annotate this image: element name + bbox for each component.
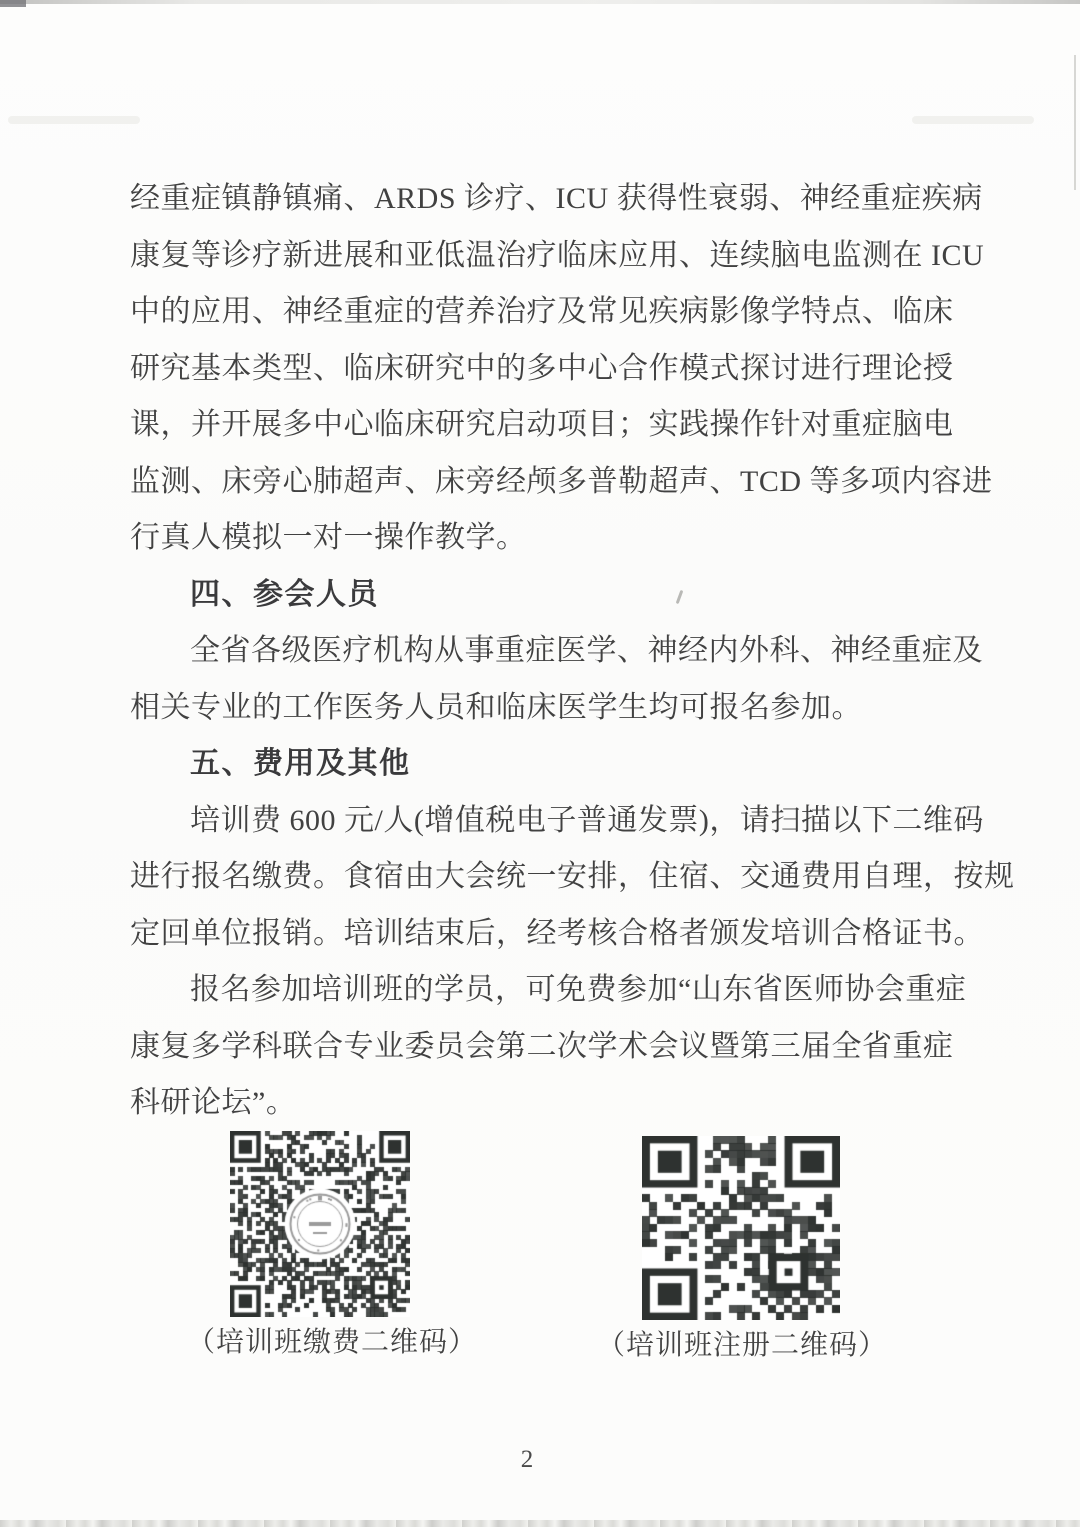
body-line: 中的应用、神经重症的营养治疗及常见疾病影像学特点、临床: [130, 284, 930, 341]
payment-qr-caption: （培训班缴费二维码）: [172, 1320, 492, 1360]
section-heading-attendees: 四、参会人员: [130, 567, 930, 624]
body-line: 培训费 600 元/人(增值税电子普通发票)，请扫描以下二维码: [130, 793, 930, 850]
body-line: 科研论坛”。: [130, 1075, 930, 1132]
body-line: 监测、床旁心肺超声、床旁经颅多普勒超声、TCD 等多项内容进: [130, 454, 930, 511]
registration-qr-code: [642, 1136, 840, 1320]
body-line: 康复多学科联合专业委员会第二次学术会议暨第三届全省重症: [130, 1019, 930, 1076]
scan-edge-line-artifact: [1074, 55, 1076, 190]
body-line: 进行报名缴费。食宿由大会统一安排，住宿、交通费用自理，按规: [130, 849, 930, 906]
scan-bottom-edge-artifact: [0, 1520, 1080, 1527]
scan-streak-artifact: [8, 116, 140, 124]
scan-corner-artifact: [0, 0, 26, 7]
body-line: 报名参加培训班的学员，可免费参加“山东省医师协会重症: [130, 962, 930, 1019]
body-line: 研究基本类型、临床研究中的多中心合作模式探讨进行理论授: [130, 341, 930, 398]
scanned-document-page: 经重症镇静镇痛、ARDS 诊疗、ICU 获得性衰弱、神经重症疾病 康复等诊疗新进…: [0, 0, 1080, 1527]
payment-qr-code: [230, 1131, 410, 1317]
scan-top-edge-artifact: [0, 0, 1080, 4]
body-line: 相关专业的工作医务人员和临床医学生均可报名参加。: [130, 680, 930, 737]
document-body-text: 经重症镇静镇痛、ARDS 诊疗、ICU 获得性衰弱、神经重症疾病 康复等诊疗新进…: [130, 171, 930, 1132]
payment-qr-image: [230, 1131, 410, 1317]
body-line: 行真人模拟一对一操作教学。: [130, 510, 930, 567]
section-heading-fees: 五、费用及其他: [130, 736, 930, 793]
registration-qr-caption: （培训班注册二维码）: [582, 1323, 902, 1363]
body-line: 定回单位报销。培训结束后，经考核合格者颁发培训合格证书。: [130, 906, 930, 963]
body-line: 全省各级医疗机构从事重症医学、神经内外科、神经重症及: [130, 623, 930, 680]
body-line: 课，并开展多中心临床研究启动项目；实践操作针对重症脑电: [130, 397, 930, 454]
page-number: 2: [0, 1446, 1054, 1474]
scan-streak-artifact: [912, 116, 1034, 124]
body-line: 经重症镇静镇痛、ARDS 诊疗、ICU 获得性衰弱、神经重症疾病: [130, 171, 930, 228]
registration-qr-image: [642, 1136, 840, 1320]
body-line: 康复等诊疗新进展和亚低温治疗临床应用、连续脑电监测在 ICU: [130, 228, 930, 285]
